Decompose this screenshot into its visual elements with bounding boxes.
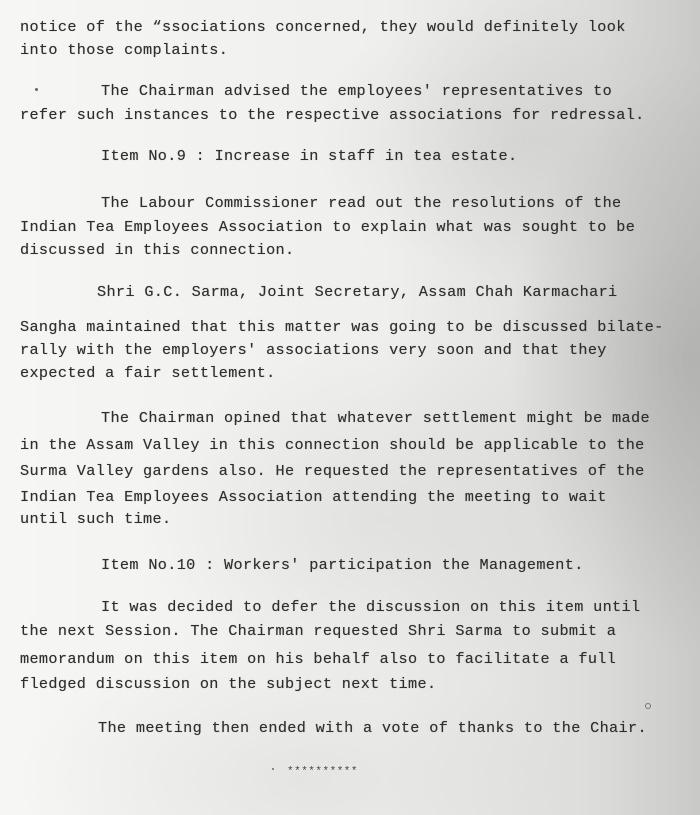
paragraph-defer-line-3: memorandum on this item on his behalf al… — [20, 650, 616, 668]
paragraph-shri-sarma-line-3: rally with the employers' associations v… — [20, 341, 607, 359]
paragraph-shri-sarma-line-2: Sangha maintained that this matter was g… — [20, 318, 664, 336]
scan-speck — [272, 768, 274, 770]
scan-speck — [35, 88, 38, 91]
paragraph-chairman-opined-line-5: until such time. — [20, 510, 171, 528]
paragraph-meeting-ended: The meeting then ended with a vote of th… — [98, 719, 647, 737]
paragraph-shri-sarma-line-1: Shri G.C. Sarma, Joint Secretary, Assam … — [97, 283, 618, 301]
paragraph-defer-line-1: It was decided to defer the discussion o… — [101, 598, 640, 616]
paragraph-labour-commissioner-line-1: The Labour Commissioner read out the res… — [101, 194, 622, 212]
paragraph-chairman-opined-line-3: Surma Valley gardens also. He requested … — [20, 462, 645, 480]
paragraph-defer-line-2: the next Session. The Chairman requested… — [20, 622, 616, 640]
paragraph-defer-line-4: fledged discussion on the subject next t… — [20, 675, 436, 693]
item-9-heading: Item No.9 : Increase in staff in tea est… — [101, 147, 517, 165]
paragraph-chairman-advised-line-2: refer such instances to the respective a… — [20, 106, 645, 124]
paragraph-chairman-opined-line-2: in the Assam Valley in this connection s… — [20, 436, 645, 454]
paragraph-shri-sarma-line-4: expected a fair settlement. — [20, 364, 276, 382]
item-10-heading: Item No.10 : Workers' participation the … — [101, 556, 584, 574]
paragraph-chairman-opined-line-4: Indian Tea Employees Association attendi… — [20, 488, 607, 506]
paragraph-continuation-line-1: notice of the “ssociations concerned, th… — [20, 18, 626, 36]
paragraph-chairman-opined-line-1: The Chairman opined that whatever settle… — [101, 409, 650, 427]
paragraph-labour-commissioner-line-2: Indian Tea Employees Association to expl… — [20, 218, 635, 236]
end-of-document-marker: ********** — [287, 766, 358, 778]
scanned-document-page: notice of the “ssociations concerned, th… — [0, 0, 700, 815]
paragraph-chairman-advised-line-1: The Chairman advised the employees' repr… — [101, 82, 612, 100]
paragraph-continuation-line-2: into those complaints. — [20, 41, 228, 59]
scan-speck — [645, 703, 651, 709]
paragraph-labour-commissioner-line-3: discussed in this connection. — [20, 241, 294, 259]
